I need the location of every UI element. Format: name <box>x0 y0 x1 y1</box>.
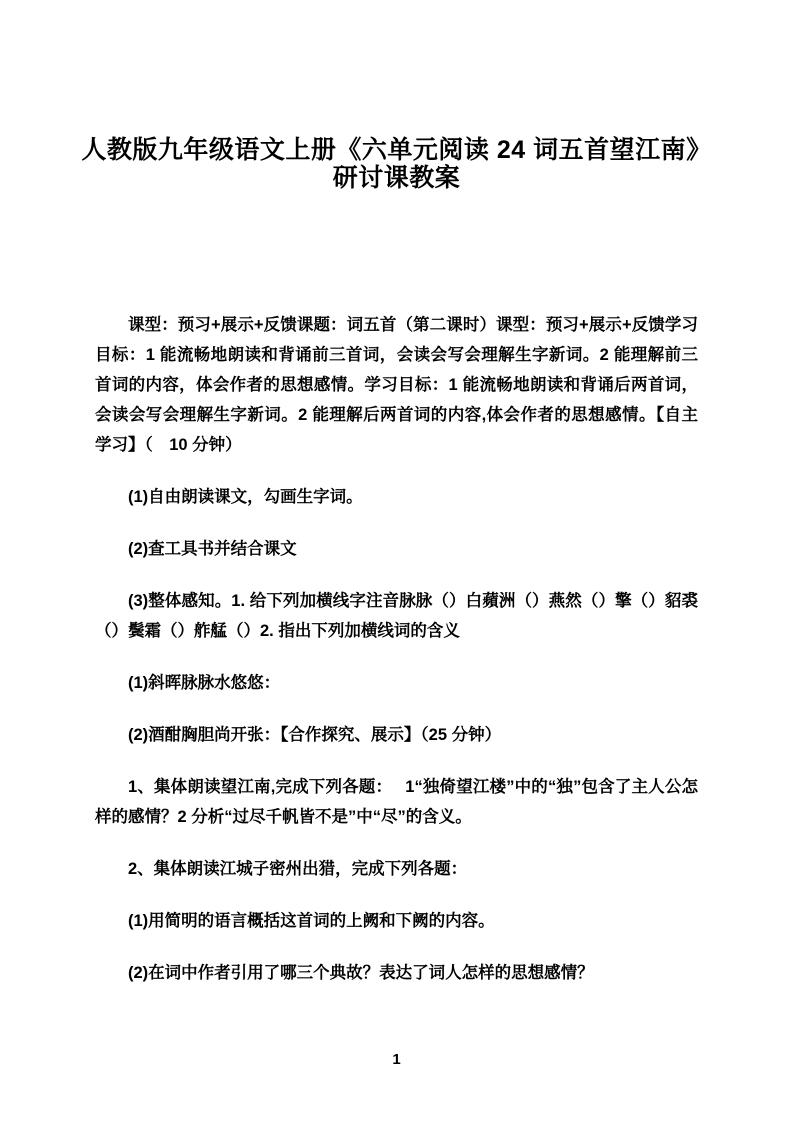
paragraph-question-summary: (1)用简明的语言概括这首词的上阙和下阙的内容。 <box>95 906 698 936</box>
paragraph-task-jiangchengzi: 2、集体朗读江城子密州出猎，完成下列各题： <box>95 854 698 884</box>
paragraph-item-read-text: (1)自由朗读课文，勾画生字词。 <box>95 482 698 512</box>
paragraph-item-overall-perception: (3)整体感知。1. 给下列加横线字注音脉脉（）白蘋洲（）燕然（）擎（）貂裘（）… <box>95 586 698 646</box>
paragraph-task-wangjiangnan: 1、集体朗读望江南,完成下列各题： 1“独倚望江楼”中的“独”包含了主人公怎样的… <box>95 772 698 832</box>
paragraph-item-jiuhan-line: (2)酒酣胸胆尚开张：【合作探究、展示】（25 分钟） <box>95 720 698 750</box>
paragraph-question-allusions: (2)在词中作者引用了哪三个典故？表达了词人怎样的思想感情？ <box>95 958 698 988</box>
document-body: 课型：预习+展示+反馈课题：词五首（第二课时）课型：预习+展示+反馈学习目标：1… <box>0 310 793 988</box>
paragraph-item-xiehui-line: (1)斜晖脉脉水悠悠： <box>95 668 698 698</box>
page-number: 1 <box>0 1050 793 1070</box>
paragraph-item-use-reference: (2)查工具书并结合课文 <box>95 534 698 564</box>
document-title: 人教版九年级语文上册《六单元阅读 24 词五首望江南》 研讨课教案 <box>0 0 793 192</box>
document-title-line-1: 人教版九年级语文上册《六单元阅读 24 词五首望江南》 <box>0 136 793 164</box>
paragraph-lesson-type-and-goals: 课型：预习+展示+反馈课题：词五首（第二课时）课型：预习+展示+反馈学习目标：1… <box>95 310 698 460</box>
document-page: 人教版九年级语文上册《六单元阅读 24 词五首望江南》 研讨课教案 课型：预习+… <box>0 0 793 1122</box>
document-title-line-2: 研讨课教案 <box>0 164 793 192</box>
